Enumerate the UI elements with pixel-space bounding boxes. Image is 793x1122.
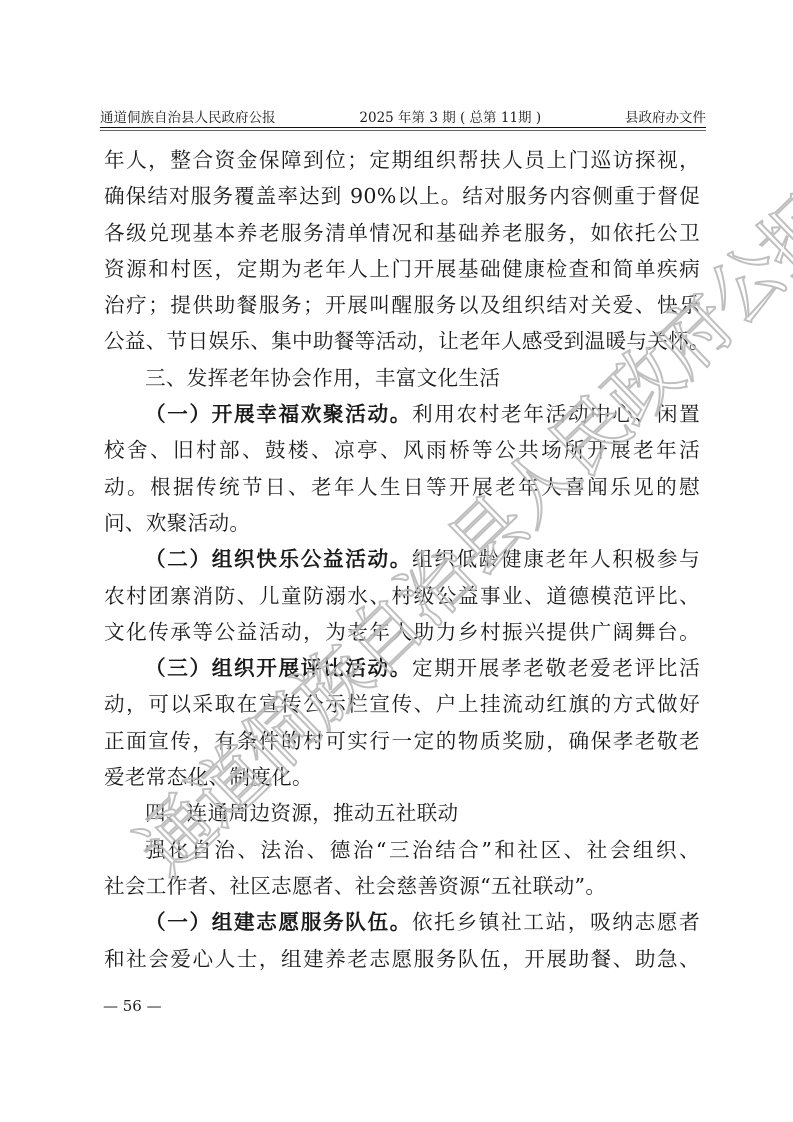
body-line: 问、欢聚活动。 [104, 505, 700, 541]
body-line: 文化传承等公益活动，为老年人助力乡村振兴提供广阔舞台。 [104, 614, 700, 650]
header-section-name: 县政府办文件 [625, 106, 706, 126]
header-divider-thin [100, 130, 706, 131]
body-line: 和社会爱心人士，组建养老志愿服务队伍，开展助餐、助急、 [104, 941, 700, 977]
body-line: 各级兑现基本养老服务清单情况和基础养老服务，如依托公卫 [104, 215, 700, 251]
body-text: 利用农村老年活动中心、闲置 [412, 402, 700, 426]
header-divider-thick [100, 127, 706, 128]
body-line: 资源和村医，定期为老年人上门开展基础健康检查和简单疾病 [104, 251, 700, 287]
body-text: 组织低龄健康老年人积极参与 [412, 547, 700, 571]
body-text: 依托乡镇社工站，吸纳志愿者 [412, 910, 700, 934]
body-line: 校舍、旧村部、鼓楼、凉亭、风雨桥等公共场所开展老年活 [104, 432, 700, 468]
body-line: 爱老常态化、制度化。 [104, 759, 700, 795]
page-number: — 56 — [103, 997, 162, 1015]
body-line: 农村团寨消防、儿童防溺水、村级公益事业、道德模范评比、 [104, 578, 700, 614]
body-line: 动，可以采取在宣传公示栏宣传、户上挂流动红旗的方式做好 [104, 686, 700, 722]
body-text: 定期开展孝老敬老爱老评比活 [412, 656, 700, 680]
document-body: 年人，整合资金保障到位；定期组织帮扶人员上门巡访探视， 确保结对服务覆盖率达到 … [104, 142, 700, 977]
header-publication-name: 通道侗族自治县人民政府公报 [100, 106, 276, 126]
paragraph-first-line: （二）组织快乐公益活动。组织低龄健康老年人积极参与 [104, 541, 700, 577]
subheading-3-1: （一）开展幸福欢聚活动。 [145, 402, 412, 426]
body-line: 确保结对服务覆盖率达到 90%以上。结对服务内容侧重于督促 [104, 178, 700, 214]
body-line: 年人，整合资金保障到位；定期组织帮扶人员上门巡访探视， [104, 142, 700, 178]
body-line: 正面宣传，有条件的村可实行一定的物质奖励，确保孝老敬老 [104, 723, 700, 759]
subheading-4-1: （一）组建志愿服务队伍。 [145, 910, 412, 934]
paragraph-first-line: （三）组织开展评比活动。定期开展孝老敬老爱老评比活 [104, 650, 700, 686]
subheading-3-3: （三）组织开展评比活动。 [145, 656, 412, 680]
subheading-3-2: （二）组织快乐公益活动。 [145, 547, 412, 571]
section-heading-3: 三、发挥老年协会作用，丰富文化生活 [104, 360, 700, 396]
running-header: 通道侗族自治县人民政府公报 2025 年第 3 期 ( 总第 11期 ) 县政府… [100, 104, 706, 126]
body-line: 动。根据传统节日、老年人生日等开展老年人喜闻乐见的慰 [104, 469, 700, 505]
document-page: 通道侗族自治县人民政府公报 2025 年第 3 期 ( 总第 11期 ) 县政府… [0, 0, 793, 1122]
header-issue-info: 2025 年第 3 期 ( 总第 11期 ) [359, 106, 541, 126]
paragraph-first-line: （一）开展幸福欢聚活动。利用农村老年活动中心、闲置 [104, 396, 700, 432]
body-line: 公益、节日娱乐、集中助餐等活动，让老年人感受到温暖与关怀。 [104, 323, 700, 359]
section-heading-4: 四、连通周边资源，推动五社联动 [104, 795, 700, 831]
paragraph-first-line: （一）组建志愿服务队伍。依托乡镇社工站，吸纳志愿者 [104, 904, 700, 940]
paragraph-first-line: 强化自治、法治、德治“三治结合”和社区、社会组织、 [104, 832, 700, 868]
body-line: 社会工作者、社区志愿者、社会慈善资源“五社联动”。 [104, 868, 700, 904]
body-line: 治疗；提供助餐服务；开展叫醒服务以及组织结对关爱、快乐 [104, 287, 700, 323]
